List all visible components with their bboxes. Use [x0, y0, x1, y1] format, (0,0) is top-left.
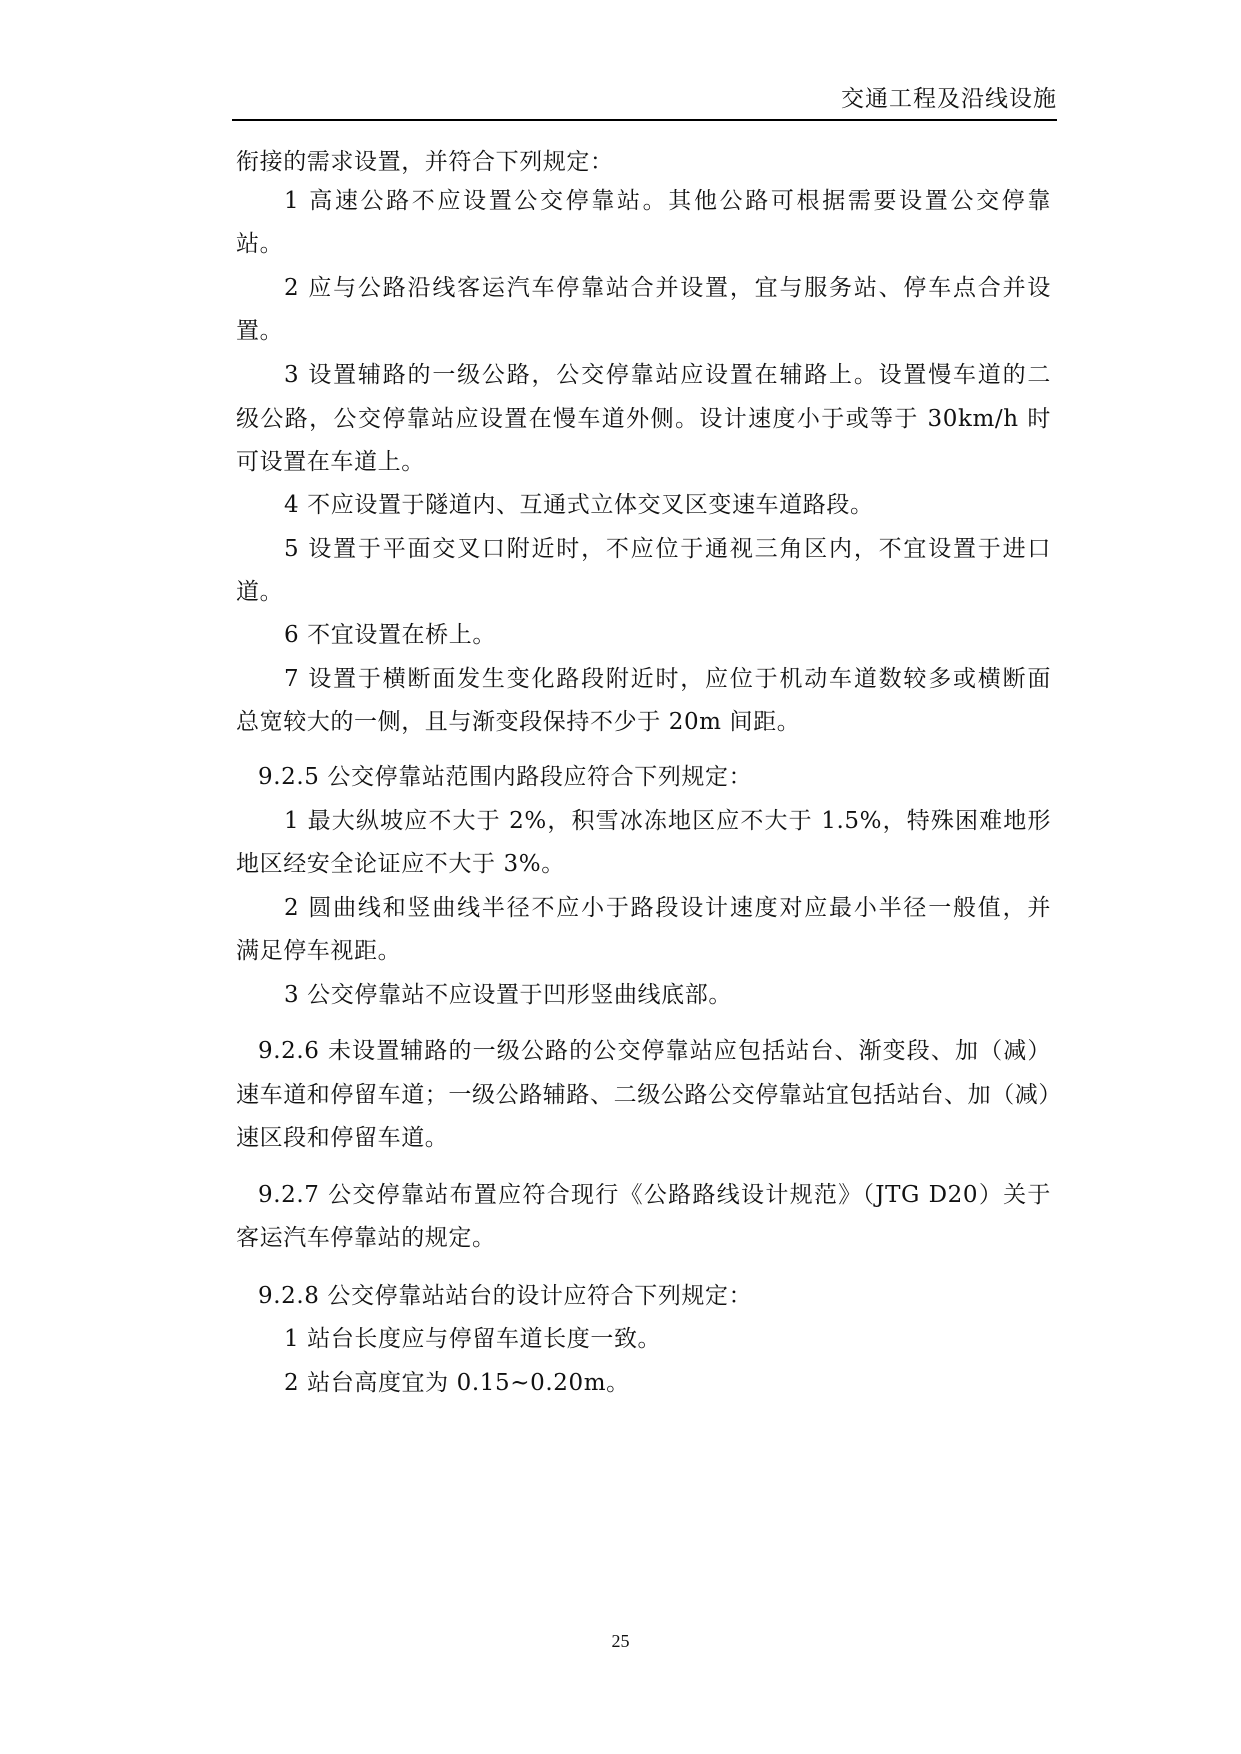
- list-item-3-continuation: 级公路，公交停靠站应设置在慢车道外侧。设计速度小于或等于 30km/h 时: [236, 404, 1051, 434]
- header-rule: [232, 119, 1057, 121]
- list-item-2-line: 2 圆曲线和竖曲线半径不应小于路段设计速度对应最小半径一般值，并: [284, 893, 1051, 923]
- list-item-2-continuation: 置。: [236, 316, 283, 346]
- list-item-3-continuation: 可设置在车道上。: [236, 447, 425, 477]
- list-item-1-line: 1 高速公路不应设置公交停靠站。其他公路可根据需要设置公交停靠: [284, 186, 1051, 216]
- list-item-7-line: 7 设置于横断面发生变化路段附近时，应位于机动车道数较多或横断面: [284, 664, 1051, 694]
- clause-9-2-7-continuation: 客运汽车停靠站的规定。: [236, 1223, 496, 1253]
- clause-9-2-7-line: 9.2.7 公交停靠站布置应符合现行《公路路线设计规范》（JTG D20）关于: [258, 1180, 1051, 1210]
- header-title: 交通工程及沿线设施: [841, 84, 1057, 114]
- clause-9-2-6-continuation: 速车道和停留车道；一级公路辅路、二级公路公交停靠站宜包括站台、加（减）: [236, 1080, 1051, 1110]
- list-item-2-line: 2 应与公路沿线客运汽车停靠站合并设置，宜与服务站、停车点合并设: [284, 273, 1051, 303]
- list-item-3-line: 3 公交停靠站不应设置于凹形竖曲线底部。: [284, 980, 732, 1010]
- list-item-2-continuation: 满足停车视距。: [236, 936, 401, 966]
- paragraph-line: 衔接的需求设置，并符合下列规定：: [236, 147, 1051, 177]
- clause-heading-9-2-5: 9.2.5 公交停靠站范围内路段应符合下列规定：: [258, 762, 752, 792]
- list-item-1-continuation: 地区经安全论证应不大于 3%。: [236, 849, 565, 879]
- clause-heading-9-2-8: 9.2.8 公交停靠站站台的设计应符合下列规定：: [258, 1281, 752, 1311]
- clause-9-2-6-line: 9.2.6 未设置辅路的一级公路的公交停靠站应包括站台、渐变段、加（减）: [258, 1036, 1051, 1066]
- list-item-1-line: 1 站台长度应与停留车道长度一致。: [284, 1324, 661, 1354]
- list-item-5-line: 5 设置于平面交叉口附近时，不应位于通视三角区内，不宜设置于进口: [284, 534, 1051, 564]
- list-item-7-continuation: 总宽较大的一侧，且与渐变段保持不少于 20m 间距。: [236, 707, 800, 737]
- clause-9-2-6-continuation: 速区段和停留车道。: [236, 1123, 448, 1153]
- list-item-5-continuation: 道。: [236, 577, 283, 607]
- list-item-3-line: 3 设置辅路的一级公路，公交停靠站应设置在辅路上。设置慢车道的二: [284, 360, 1051, 390]
- list-item-4-line: 4 不应设置于隧道内、互通式立体交叉区变速车道路段。: [284, 490, 874, 520]
- page-number: 25: [0, 1630, 1241, 1652]
- list-item-1-line: 1 最大纵坡应不大于 2%，积雪冰冻地区应不大于 1.5%，特殊困难地形: [284, 806, 1051, 836]
- list-item-6-line: 6 不宜设置在桥上。: [284, 620, 496, 650]
- list-item-1-continuation: 站。: [236, 229, 283, 259]
- list-item-2-line: 2 站台高度宜为 0.15~0.20m。: [284, 1368, 630, 1398]
